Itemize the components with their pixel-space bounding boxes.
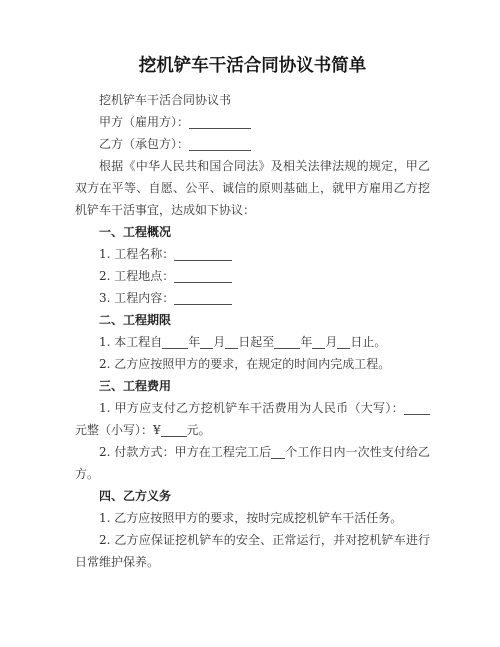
duration-text: 1. 本工程自: [99, 335, 162, 349]
project-name-line: 1. 工程名称：: [75, 243, 430, 265]
duration-text: 日止。: [350, 335, 386, 349]
project-location-blank-field: [174, 271, 232, 283]
end-month-blank-field: [312, 337, 325, 349]
party-a-label: 甲方（雇用方）：: [99, 115, 189, 129]
section-2-heading: 二、工程期限: [75, 309, 430, 331]
party-b-line: 乙方（承包方）：: [75, 133, 430, 155]
end-year-blank-field: [274, 337, 300, 349]
fee-text: 1. 甲方应支付乙方挖机铲车干活费用为人民币（大写）：: [99, 401, 404, 415]
duration-text: 日起至: [238, 335, 274, 349]
project-name-blank-field: [174, 249, 232, 261]
project-content-line: 3. 工程内容：: [75, 287, 430, 309]
party-b-blank-field: [189, 139, 251, 151]
project-location-line: 2. 工程地点：: [75, 265, 430, 287]
start-month-blank-field: [200, 337, 213, 349]
project-name-label: 1. 工程名称：: [99, 247, 174, 261]
document-page: 挖机铲车干活合同协议书简单 挖机铲车干活合同协议书 甲方（雇用方）： 乙方（承包…: [0, 0, 500, 647]
start-year-blank-field: [162, 337, 188, 349]
end-day-blank-field: [337, 337, 350, 349]
party-a-line: 甲方（雇用方）：: [75, 111, 430, 133]
document-title: 挖机铲车干活合同协议书简单: [75, 54, 430, 78]
amount-capital-blank-field: [404, 403, 430, 415]
document-subtitle: 挖机铲车干活合同协议书: [75, 89, 430, 111]
completion-requirement-line: 2. 乙方应按照甲方的要求，在规定的时间内完成工程。: [75, 353, 430, 375]
payment-method-line: 2. 付款方式：甲方在工程完工后个工作日内一次性支付给乙方。: [75, 441, 430, 485]
fee-amount-line: 1. 甲方应支付乙方挖机铲车干活费用为人民币（大写）：元整（小写）：¥元。: [75, 397, 430, 441]
duration-text: 月: [213, 335, 225, 349]
section-4-heading: 四、乙方义务: [75, 485, 430, 507]
project-duration-line: 1. 本工程自年月日起至年月日止。: [75, 331, 430, 353]
project-content-label: 3. 工程内容：: [99, 291, 174, 305]
working-days-blank-field: [271, 447, 285, 459]
project-content-blank-field: [174, 293, 232, 305]
section-1-heading: 一、工程概况: [75, 221, 430, 243]
payment-text: 2. 付款方式：甲方在工程完工后: [99, 445, 271, 459]
party-b-label: 乙方（承包方）：: [99, 137, 189, 151]
fee-text: 元整（小写）：¥: [75, 423, 161, 437]
duration-text: 年: [300, 335, 312, 349]
project-location-label: 2. 工程地点：: [99, 269, 174, 283]
start-day-blank-field: [225, 337, 238, 349]
duration-text: 年: [188, 335, 200, 349]
party-b-obligation-2-line: 2. 乙方应保证挖机铲车的安全、正常运行，并对挖机铲车进行日常维护保养。: [75, 529, 430, 573]
preamble-paragraph: 根据《中华人民共和国合同法》及相关法律法规的规定，甲乙双方在平等、自愿、公平、诚…: [75, 155, 430, 221]
amount-numeric-blank-field: [161, 425, 187, 437]
fee-text: 元。: [187, 423, 211, 437]
section-3-heading: 三、工程费用: [75, 375, 430, 397]
duration-text: 月: [325, 335, 337, 349]
party-a-blank-field: [189, 117, 251, 129]
party-b-obligation-1-line: 1. 乙方应按照甲方的要求，按时完成挖机铲车干活任务。: [75, 507, 430, 529]
